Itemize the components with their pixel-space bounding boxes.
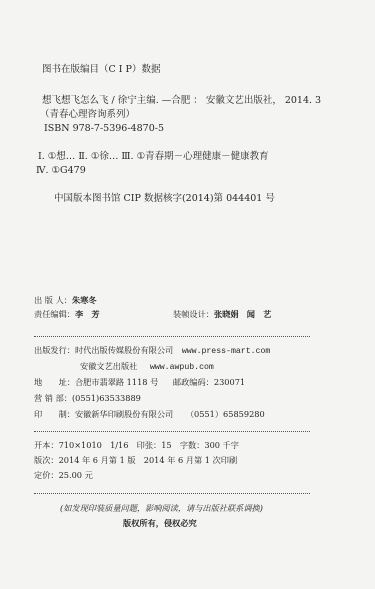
postcode-label: 邮政编码： <box>173 377 214 387</box>
publisher-label: 出 版 人： <box>34 295 72 305</box>
editor-credit: 责任编辑：李 芳 <box>34 309 100 320</box>
design-credit: 装帧设计：张晓娟 闻 艺 <box>173 309 271 320</box>
divider-2 <box>34 431 310 432</box>
format-spec: 开本：710×1010 1/16 印张：15 字数：300 千字 <box>34 440 239 451</box>
publisher-row: 安徽文艺出版社 www.awpub.com <box>80 361 214 373</box>
address-row: 地 址：合肥市翡翠路 1118 号 邮政编码：230071 <box>34 377 245 388</box>
printer-phone: （0551）65859280 <box>186 409 265 419</box>
publisher-url: www.awpub.com <box>150 363 214 372</box>
postcode: 230071 <box>214 377 245 387</box>
editor-name: 李 芳 <box>75 309 100 319</box>
editor-label: 责任编辑： <box>34 309 75 319</box>
distributor: 时代出版传媒股份有限公司 <box>75 345 173 355</box>
address: 合肥市翡翠路 1118 号 <box>75 377 158 387</box>
printing-label: 印 制： <box>34 409 75 419</box>
cip-series: （青春心理咨询系列） <box>40 109 135 121</box>
printing-row: 印 制：安徽新华印刷股份有限公司 （0551）65859280 <box>34 409 265 420</box>
design-label: 装帧设计： <box>173 309 214 319</box>
cip-title-line: 想飞想飞怎么飞 / 徐宁主编. —合肥 ： 安徽文艺出版社， 2014. 3 <box>42 95 321 107</box>
cip-heading: 图书在版编目（C I P）数据 <box>42 64 160 76</box>
address-label: 地 址： <box>34 377 75 387</box>
cip-classification-2: Ⅳ. ①G479 <box>36 165 86 177</box>
cip-isbn: ISBN 978-7-5396-4870-5 <box>44 123 164 135</box>
divider-1 <box>34 336 310 337</box>
marketing-phone: (0551)63533889 <box>72 393 141 403</box>
distributor-url: www.press-mart.com <box>182 347 270 356</box>
copyright-page: 图书在版编目（C I P）数据 想飞想飞怎么飞 / 徐宁主编. —合肥 ： 安徽… <box>0 0 375 589</box>
divider-3 <box>34 493 310 494</box>
marketing-row: 营 销 部：(0551)63533889 <box>34 393 141 404</box>
design-names: 张晓娟 闻 艺 <box>214 309 271 319</box>
publisher-credit: 出 版 人：朱寒冬 <box>34 295 97 306</box>
quality-notice: (如发现印装质量问题，影响阅读，请与出版社联系调换) <box>60 503 263 514</box>
marketing-label: 营 销 部： <box>34 393 72 403</box>
cip-verification: 中国版本图书馆 CIP 数据核字(2014)第 044401 号 <box>54 193 275 205</box>
publisher: 安徽文艺出版社 <box>80 361 137 371</box>
rights-statement: 版权所有，侵权必究 <box>123 518 197 529</box>
distribution-row: 出版发行：时代出版传媒股份有限公司 www.press-mart.com <box>34 345 270 357</box>
edition-spec: 版次：2014 年 6 月第 1 版 2014 年 6 月第 1 次印刷 <box>34 455 237 466</box>
publisher-name: 朱寒冬 <box>72 295 97 305</box>
price: 定价：25.00 元 <box>34 470 93 481</box>
printer: 安徽新华印刷股份有限公司 <box>75 409 173 419</box>
distribution-label: 出版发行： <box>34 345 75 355</box>
cip-classification-1: Ⅰ. ①想… Ⅱ. ①徐… Ⅲ. ①青春期－心理健康－健康教育 <box>38 151 269 163</box>
